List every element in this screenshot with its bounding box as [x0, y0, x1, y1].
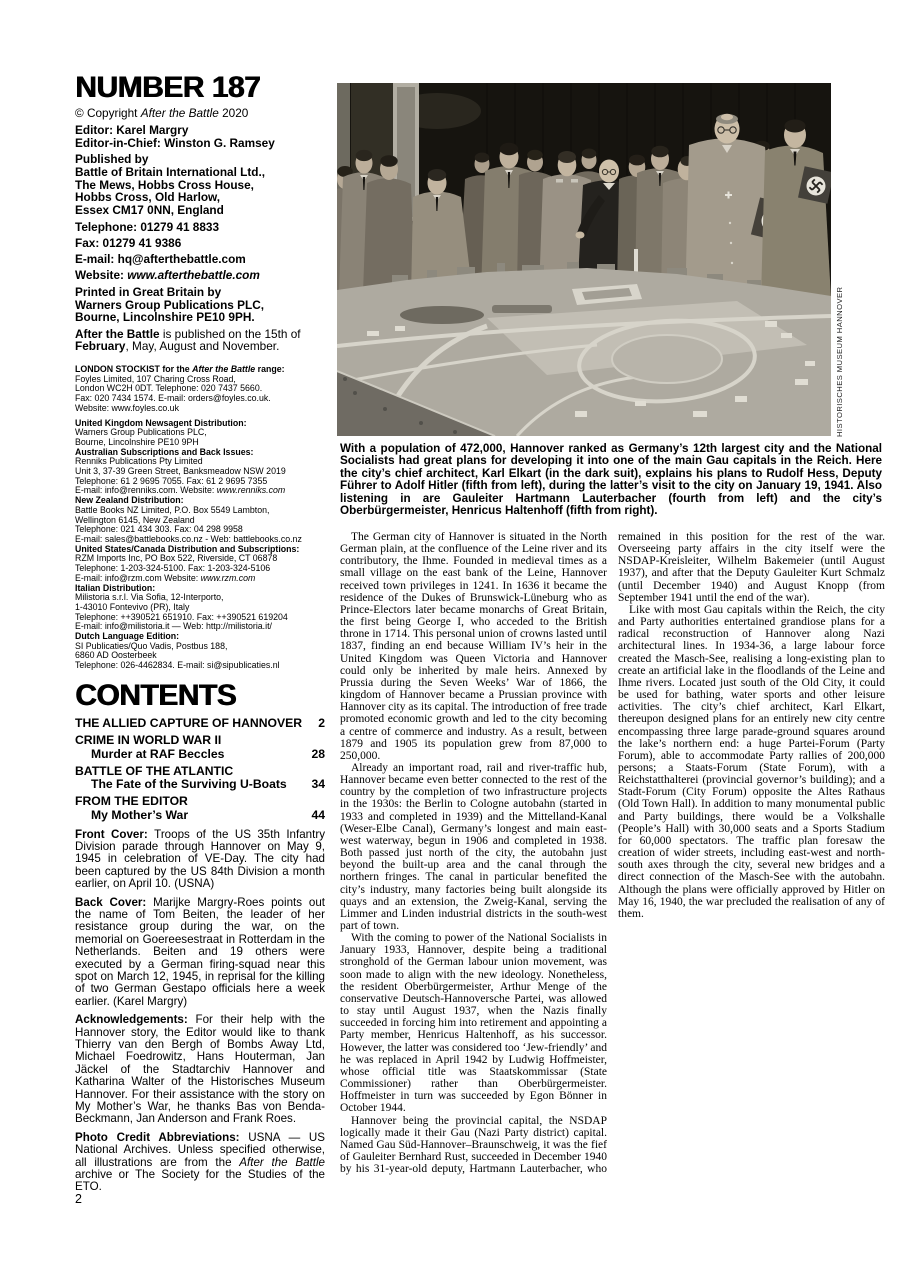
publisher-block: Published byBattle of Britain Internatio… [75, 153, 325, 217]
entry-subtitle: Murder at RAF Beccles [75, 748, 224, 762]
contents-entry: THE ALLIED CAPTURE OF HANNOVER 2 [75, 717, 325, 731]
article-paragraph: Like with most Gau capitals within the R… [618, 604, 885, 920]
article-paragraph: With the coming to power of the National… [340, 932, 607, 1114]
printed-block: Printed in Great Britain byWarners Group… [75, 286, 325, 324]
distribution-block-london-stockist: LONDON STOCKIST for the After the Battle… [75, 365, 325, 414]
text-run: After the Battle [192, 364, 255, 374]
address-line: Website: www.foyles.co.uk [75, 404, 325, 414]
text-run: Website: [75, 268, 127, 282]
text-run: Dutch Language Edition: [75, 631, 179, 641]
distribution-block-australia: Australian Subscriptions and Back Issues… [75, 448, 325, 497]
fax-line: Fax: 01279 41 9386 [75, 237, 325, 250]
photo-caption: With a population of 472,000, Hannover r… [340, 443, 882, 518]
text-run: Italian Distribution: [75, 583, 155, 593]
text-run: www.renniks.com [217, 485, 285, 495]
email-line: E-mail: hq@afterthebattle.com [75, 253, 325, 266]
text-run: For their help with the Hannover story, … [75, 1013, 325, 1125]
page-number: 2 [75, 1192, 82, 1206]
text-run: E-mail: info@rzm.com Website: [75, 573, 201, 583]
text-run: United States/Canada Distribution and Su… [75, 544, 299, 554]
distribution-lines: RZM Imports Inc, PO Box 522, Riverside, … [75, 554, 325, 583]
publisher-line: Published by [75, 153, 325, 166]
article-paragraph: Already an important road, rail and rive… [340, 762, 607, 932]
text-run: After the Battle [141, 106, 219, 120]
text-run: New Zealand Distribution: [75, 495, 184, 505]
text-run: Marijke Margry-Roes points out the name … [75, 896, 325, 1008]
back-cover-note: Back Cover: Marijke Margry-Roes points o… [75, 897, 325, 1009]
editor-in-chief-line: Editor-in-Chief: Winston G. Ramsey [75, 137, 325, 150]
hannover-model-photo [337, 83, 831, 436]
contents-heading: CONTENTS [75, 680, 325, 711]
contents-entry: FROM THE EDITOR My Mother’s War 44 [75, 795, 325, 822]
text-run: range: [255, 364, 284, 374]
entry-title: BATTLE OF THE ATLANTIC [75, 765, 325, 779]
distribution-lines: SI Publicaties/Quo Vadis, Postbus 188,68… [75, 642, 325, 671]
address-line: Telephone: 026-4462834. E-mail: si@sipub… [75, 661, 325, 671]
editor-line: Editor: Karel Margry [75, 124, 325, 137]
photo-credits-note: Photo Credit Abbreviations: USNA — US Na… [75, 1132, 325, 1194]
entry-title: FROM THE EDITOR [75, 795, 325, 809]
contents-entry: CRIME IN WORLD WAR II Murder at RAF Becc… [75, 734, 325, 761]
publisher-line: Essex CM17 0NN, England [75, 204, 325, 217]
text-run: 2020 [219, 106, 249, 120]
text-run: Photo Credit Abbreviations: [75, 1131, 248, 1144]
copyright-line: © Copyright After the Battle 2020 [75, 107, 325, 120]
entry-subtitle: The Fate of the Surviving U-Boats [75, 778, 287, 792]
distribution-lines: Renniks Publications Pty LimitedUnit 3, … [75, 457, 325, 496]
text-run: www.afterthebattle.com [127, 268, 260, 282]
text-run: LONDON STOCKIST for the [75, 364, 192, 374]
distribution-block-uk-newsagent: United Kingdom Newsagent Distribution: W… [75, 419, 325, 448]
publication-schedule: After the Battle is published on the 15t… [75, 328, 325, 354]
text-run: Australian Subscriptions and Back Issues… [75, 447, 253, 457]
printed-line: Bourne, Lincolnshire PE10 9PH. [75, 311, 325, 324]
entry-title: THE ALLIED CAPTURE OF HANNOVER [75, 717, 302, 731]
entry-page-number: 34 [311, 778, 325, 792]
masthead-column: NUMBER 187 © Copyright After the Battle … [75, 72, 325, 1194]
printed-line: Printed in Great Britain by [75, 286, 325, 299]
entry-page-number: 2 [318, 717, 325, 731]
entry-subtitle: My Mother’s War [75, 809, 188, 823]
distribution-section: LONDON STOCKIST for the After the Battle… [75, 365, 325, 671]
telephone-line: Telephone: 01279 41 8833 [75, 221, 325, 234]
distribution-lines: Foyles Limited, 107 Charing Cross Road,L… [75, 375, 325, 414]
text-run: © Copyright [75, 106, 141, 120]
article-text: The German city of Hannover is situated … [340, 531, 885, 1179]
text-run: Acknowledgements: [75, 1013, 195, 1026]
text-run: E-mail: info@renniks.com. Website: [75, 485, 217, 495]
publisher-line: Battle of Britain International Ltd., [75, 166, 325, 179]
photo-illustration [337, 83, 831, 436]
distribution-lines: Battle Books NZ Limited, P.O. Box 5549 L… [75, 506, 325, 545]
text-run: archive or The Society for the Studies o… [75, 1168, 325, 1193]
text-run: After the Battle [239, 1156, 325, 1169]
distribution-lines: Warners Group Publications PLC,Bourne, L… [75, 428, 325, 447]
acknowledgements-note: Acknowledgements: For their help with th… [75, 1014, 325, 1126]
text-run: Back Cover: [75, 896, 153, 909]
contents-list: THE ALLIED CAPTURE OF HANNOVER 2 CRIME I… [75, 717, 325, 823]
distribution-lines: Milistoria s.r.l. Via Sofia, 12-Interpor… [75, 593, 325, 632]
armband-icon [807, 177, 826, 196]
text-run: United Kingdom Newsagent Distribution: [75, 418, 247, 428]
distribution-block-new-zealand: New Zealand Distribution: Battle Books N… [75, 496, 325, 545]
distribution-block-us-canada: United States/Canada Distribution and Su… [75, 545, 325, 584]
photo-credit-vertical: HISTORISCHES MUSEUM HANNOVER [835, 287, 844, 437]
front-cover-note: Front Cover: Troops of the US 35th Infan… [75, 829, 325, 891]
article-paragraph: The German city of Hannover is situated … [340, 531, 607, 762]
entry-page-number: 28 [311, 748, 325, 762]
contents-entry: BATTLE OF THE ATLANTIC The Fate of the S… [75, 765, 325, 792]
issue-number: NUMBER 187 [75, 72, 325, 103]
website-line: Website: www.afterthebattle.com [75, 269, 325, 282]
entry-page-number: 44 [311, 809, 325, 823]
distribution-block-italy: Italian Distribution: Milistoria s.r.l. … [75, 584, 325, 633]
cover-notes: Front Cover: Troops of the US 35th Infan… [75, 829, 325, 1194]
magazine-page: NUMBER 187 © Copyright After the Battle … [0, 0, 905, 1280]
text-run: www.rzm.com [201, 573, 256, 583]
text-run: February [75, 339, 125, 353]
text-run: , May, August and November. [125, 339, 279, 353]
distribution-block-dutch: Dutch Language Edition: SI Publicaties/Q… [75, 632, 325, 671]
text-run: Front Cover: [75, 828, 154, 841]
entry-title: CRIME IN WORLD WAR II [75, 734, 325, 748]
